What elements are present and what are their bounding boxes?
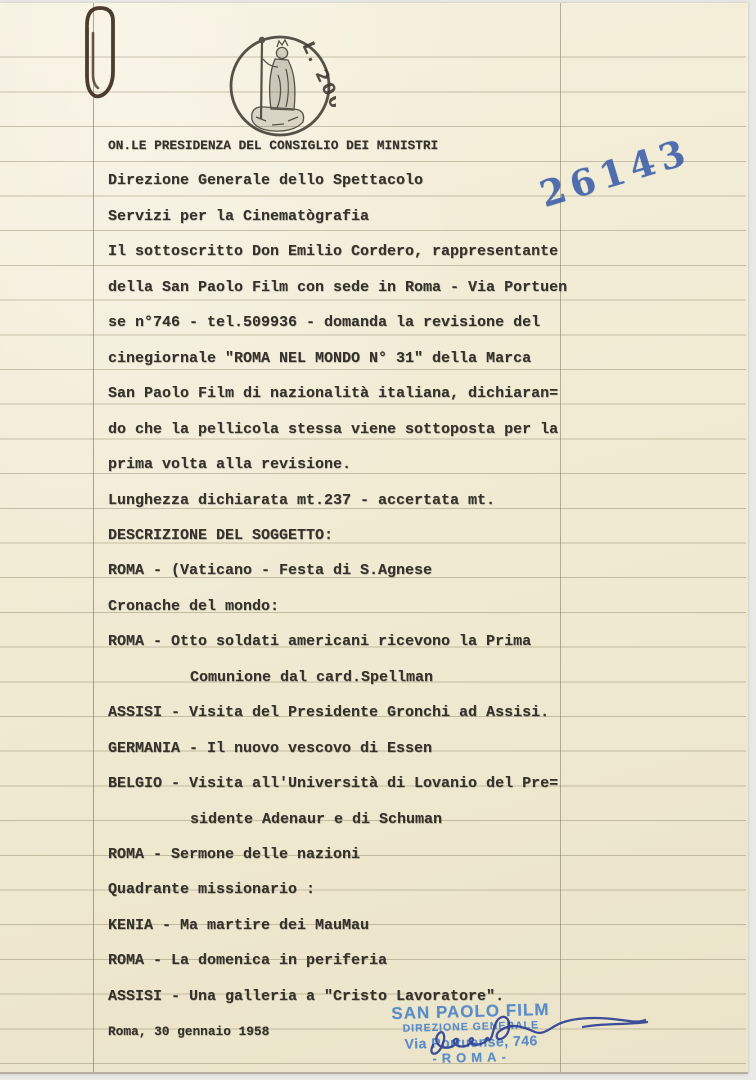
typed-line: ROMA - La domenica in periferia (108, 951, 387, 971)
typed-line: sidente Adenaur e di Schuman (190, 810, 442, 830)
typed-line: ON.LE PRESIDENZA DEL CONSIGLIO DEI MINIS… (108, 136, 438, 156)
typed-line: Roma, 30 gennaio 1958 (108, 1022, 269, 1042)
typed-line: ROMA - Sermone delle nazioni (108, 845, 360, 865)
typed-line: DESCRIZIONE DEL SOGGETTO: (108, 526, 333, 546)
typed-line: Cronache del mondo: (108, 597, 279, 617)
signature (423, 1005, 663, 1060)
typed-line: Lunghezza dichiarata mt.237 - accertata … (108, 491, 495, 511)
paper-sheet: L. 200 26143 ON.LE PRESIDENZA DEL CONSIG… (0, 3, 748, 1074)
typed-line: Servizi per la Cinematògrafia (108, 207, 369, 227)
typed-line: se n°746 - tel.509936 - domanda la revis… (108, 313, 540, 333)
typed-line: GERMANIA - Il nuovo vescovo di Essen (108, 739, 432, 759)
typed-line: ROMA - Otto soldati americani ricevono l… (108, 632, 531, 652)
typed-line: Il sottoscritto Don Emilio Cordero, rapp… (108, 242, 558, 262)
typed-line: Direzione Generale dello Spettacolo (108, 171, 423, 191)
scanned-document-page: { "seal": { "denomination": "L. 200" }, … (0, 0, 756, 1080)
typed-line: cinegiornale "ROMA NEL MONDO N° 31" dell… (108, 349, 531, 369)
typed-line: KENIA - Ma martire dei MauMau (108, 916, 369, 936)
typed-line: della San Paolo Film con sede in Roma - … (108, 278, 567, 298)
typed-line: prima volta alla revisione. (108, 455, 351, 475)
typed-line: BELGIO - Visita all'Università di Lovani… (108, 774, 558, 794)
left-margin-line (93, 3, 94, 1072)
typed-document: ON.LE PRESIDENZA DEL CONSIGLIO DEI MINIS… (108, 3, 748, 1072)
typed-line: do che la pellicola stessa viene sottopo… (108, 420, 558, 440)
typed-line: San Paolo Film di nazionalità italiana, … (108, 384, 558, 404)
typed-line: Quadrante missionario : (108, 880, 315, 900)
typed-line: Comunione dal card.Spellman (190, 668, 433, 688)
typed-line: ASSISI - Visita del Presidente Gronchi a… (108, 703, 549, 723)
typed-line: ROMA - (Vaticano - Festa di S.Agnese (108, 561, 432, 581)
